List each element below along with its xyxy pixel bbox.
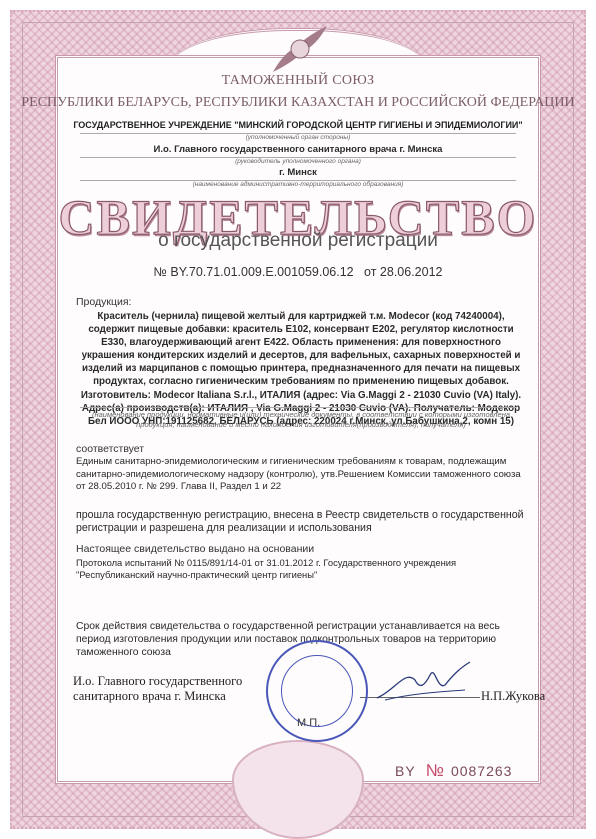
number-sign: № (426, 761, 445, 780)
head-official: И.о. Главного государственного санитарно… (0, 144, 596, 155)
authority-caption: (уполномоченный орган стороны) (0, 134, 596, 141)
authority-name: ГОСУДАРСТВЕННОЕ УЧРЕЖДЕНИЕ "МИНСКИЙ ГОРО… (0, 120, 596, 130)
document-subtitle: о государственной регистрации (0, 230, 596, 252)
city: г. Минск (0, 167, 596, 178)
serial-prefix: BY (395, 763, 416, 779)
signatory-position: И.о. Главного государственного санитарно… (73, 674, 242, 704)
blank-serial-number: BY№0087263 (395, 761, 512, 781)
seal-label: М.П. (297, 717, 320, 729)
signatory-position-line2: санитарного врача г. Минска (73, 689, 242, 704)
product-label: Продукция: (76, 296, 526, 309)
union-title: ТАМОЖЕННЫЙ СОЮЗ (0, 73, 596, 89)
union-members: РЕСПУБЛИКИ БЕЛАРУСЬ, РЕСПУБЛИКИ КАЗАХСТА… (0, 95, 596, 111)
signatory-position-line1: И.о. Главного государственного (73, 674, 242, 689)
city-caption: (наименование административно-территориа… (0, 181, 596, 188)
basis-text: Протокола испытаний № 0115/891/14-01 от … (76, 557, 526, 581)
compliance-text: Единым санитарно-эпидемиологическим и ги… (76, 456, 526, 494)
serial-number: 0087263 (451, 763, 513, 779)
product-caption: (наименование продукции, нормативные и(и… (76, 410, 526, 430)
head-official-caption: (руководитель уполномоченного органа) (0, 158, 596, 165)
customs-union-emblem-icon (265, 20, 335, 78)
basis-label: Настоящее свидетельство выдано на основа… (76, 543, 526, 556)
handwritten-signature-icon (375, 660, 475, 705)
divider (80, 407, 516, 408)
registration-number: № BY.70.71.01.009.E.001059.06.12 от 28.0… (0, 265, 596, 279)
registration-text: прошла государственную регистрацию, внес… (76, 509, 526, 535)
signatory-name: Н.П.Жукова (481, 689, 545, 704)
compliance-label: соответствует (76, 443, 526, 456)
